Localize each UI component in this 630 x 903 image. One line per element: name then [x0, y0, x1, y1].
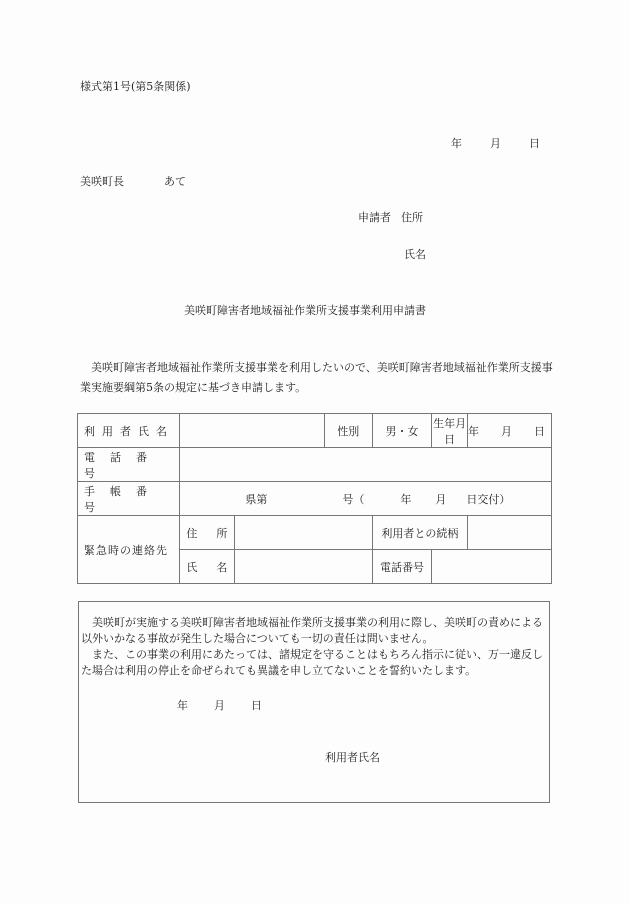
- addressee-name: 美咲町長: [80, 175, 124, 188]
- handbook-number-suffix: 号（: [342, 493, 364, 506]
- birthdate-label: 生年月日: [432, 414, 468, 448]
- table-row-emergency-address: 緊急時の連絡先 住 所 利用者との続柄: [78, 516, 552, 550]
- user-name-field[interactable]: [180, 414, 324, 448]
- applicant-address-label: 住所: [401, 211, 423, 224]
- decl-month: 月: [214, 699, 225, 713]
- handbook-label: 手帳番号: [78, 482, 180, 516]
- declaration-paragraph-2: また、この事業の利用にあたっては、諸規定を守ることはもちろん指示に従い、万一違反…: [81, 647, 549, 679]
- emergency-address-field[interactable]: [234, 516, 372, 550]
- signature-label: 利用者氏名: [325, 751, 380, 765]
- table-row-phone: 電話番号: [78, 448, 552, 482]
- declaration-date: 年月日: [177, 699, 262, 713]
- handbook-month: 月: [435, 493, 446, 506]
- emergency-address-label: 住 所: [180, 516, 234, 550]
- emergency-name-label: 氏 名: [180, 550, 234, 584]
- gender-label: 性別: [324, 414, 372, 448]
- declaration-text: 美咲町が実施する美咲町障害者地域福祉作業所支援事業の利用に際し、美咲町の責めによ…: [81, 615, 549, 679]
- phone-label: 電話番号: [78, 448, 180, 482]
- declaration-paragraph-1: 美咲町が実施する美咲町障害者地域福祉作業所支援事業の利用に際し、美咲町の責めによ…: [81, 615, 549, 647]
- day-label: 日: [529, 137, 540, 151]
- handbook-prefecture: 県第: [245, 493, 267, 506]
- decl-year: 年: [177, 699, 188, 713]
- intro-paragraph: 美咲町障害者地域福祉作業所支援事業を利用したいので、美咲町障害者地域福祉作業所支…: [80, 358, 555, 398]
- applicant-name-label: 氏名: [404, 248, 426, 262]
- handbook-field[interactable]: 県第号（年月日交付）: [180, 482, 552, 516]
- decl-day: 日: [251, 699, 262, 713]
- form-number: 様式第1号(第5条関係): [80, 80, 191, 94]
- user-name-label: 利用者氏名: [78, 414, 180, 448]
- applicant-address: 申請者住所: [358, 211, 423, 225]
- declaration-box: 美咲町が実施する美咲町障害者地域福祉作業所支援事業の利用に際し、美咲町の責めによ…: [78, 601, 550, 803]
- handbook-year: 年: [400, 493, 411, 506]
- phone-field[interactable]: [180, 448, 552, 482]
- gender-options[interactable]: 男・女: [372, 414, 431, 448]
- birth-year: 年: [468, 425, 479, 438]
- application-form-table: 利用者氏名 性別 男・女 生年月日 年月日 電話番号 手帳番号 県第号（年月日交…: [77, 413, 552, 584]
- handbook-issued: 日交付）: [466, 493, 510, 506]
- addressee-suffix: あて: [164, 175, 186, 188]
- year-label: 年: [451, 137, 462, 151]
- emergency-phone-label: 電話番号: [372, 550, 431, 584]
- document-title: 美咲町障害者地域福祉作業所支援事業利用申請書: [184, 304, 426, 318]
- birth-month: 月: [501, 425, 512, 438]
- table-row-handbook: 手帳番号 県第号（年月日交付）: [78, 482, 552, 516]
- emergency-contact-label: 緊急時の連絡先: [78, 516, 180, 584]
- addressee: 美咲町長あて: [80, 175, 186, 189]
- month-label: 月: [490, 137, 501, 151]
- birthdate-field[interactable]: 年月日: [468, 414, 552, 448]
- emergency-relation-field[interactable]: [468, 516, 552, 550]
- emergency-name-field[interactable]: [234, 550, 372, 584]
- emergency-relation-label: 利用者との続柄: [372, 516, 467, 550]
- table-row-user-name: 利用者氏名 性別 男・女 生年月日 年月日: [78, 414, 552, 448]
- application-date: 年月日: [451, 137, 540, 151]
- emergency-phone-field[interactable]: [432, 550, 552, 584]
- applicant-label: 申請者: [358, 211, 391, 224]
- birth-day: 日: [534, 425, 545, 438]
